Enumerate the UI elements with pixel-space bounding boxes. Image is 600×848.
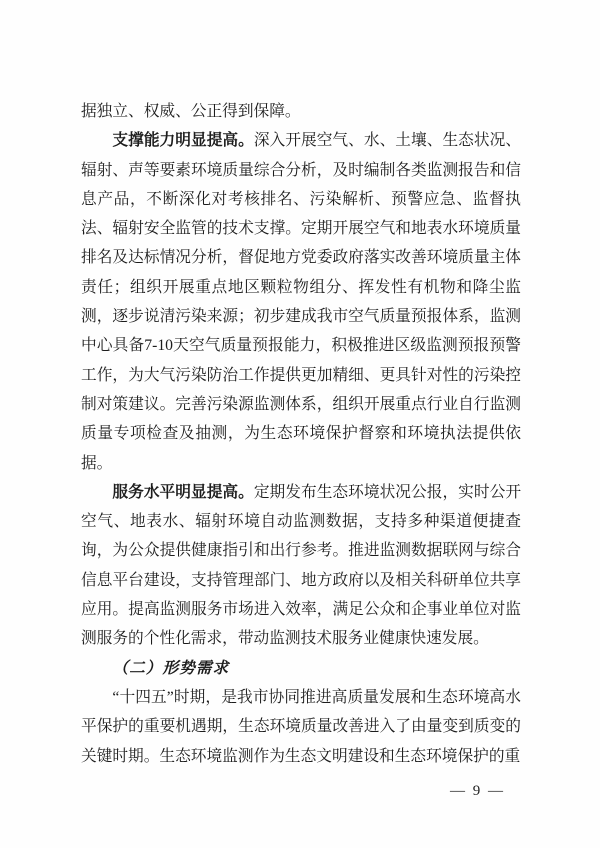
paragraph-service-level-text: 定期发布生态环境状况公报，实时公开空气、地表水、辐射环境自动监测数据，支持多种渠… — [81, 484, 521, 647]
paragraph-fourteenth-five-year: “十四五”时期，是我市协同推进高质量发展和生态环境高水平保护的重要机遇期，生态环… — [81, 683, 521, 771]
section-heading-situation-needs: （二）形势需求 — [81, 654, 521, 683]
document-body: 据独立、权威、公正得到保障。 支撑能力明显提高。深入开展空气、水、土壤、生态状况… — [81, 97, 521, 771]
page-number: — 9 — — [450, 781, 505, 801]
paragraph-support-capability-lead: 支撑能力明显提高。 — [112, 132, 253, 149]
paragraph-continuation: 据独立、权威、公正得到保障。 — [81, 97, 521, 126]
paragraph-service-level: 服务水平明显提高。定期发布生态环境状况公报，实时公开空气、地表水、辐射环境自动监… — [81, 478, 521, 654]
paragraph-support-capability-text: 深入开展空气、水、土壤、生态状况、辐射、声等要素环境质量综合分析，及时编制各类监… — [81, 132, 521, 471]
document-page: 据独立、权威、公正得到保障。 支撑能力明显提高。深入开展空气、水、土壤、生态状况… — [0, 0, 600, 848]
paragraph-support-capability: 支撑能力明显提高。深入开展空气、水、土壤、生态状况、辐射、声等要素环境质量综合分… — [81, 126, 521, 478]
paragraph-service-level-lead: 服务水平明显提高。 — [112, 484, 253, 501]
